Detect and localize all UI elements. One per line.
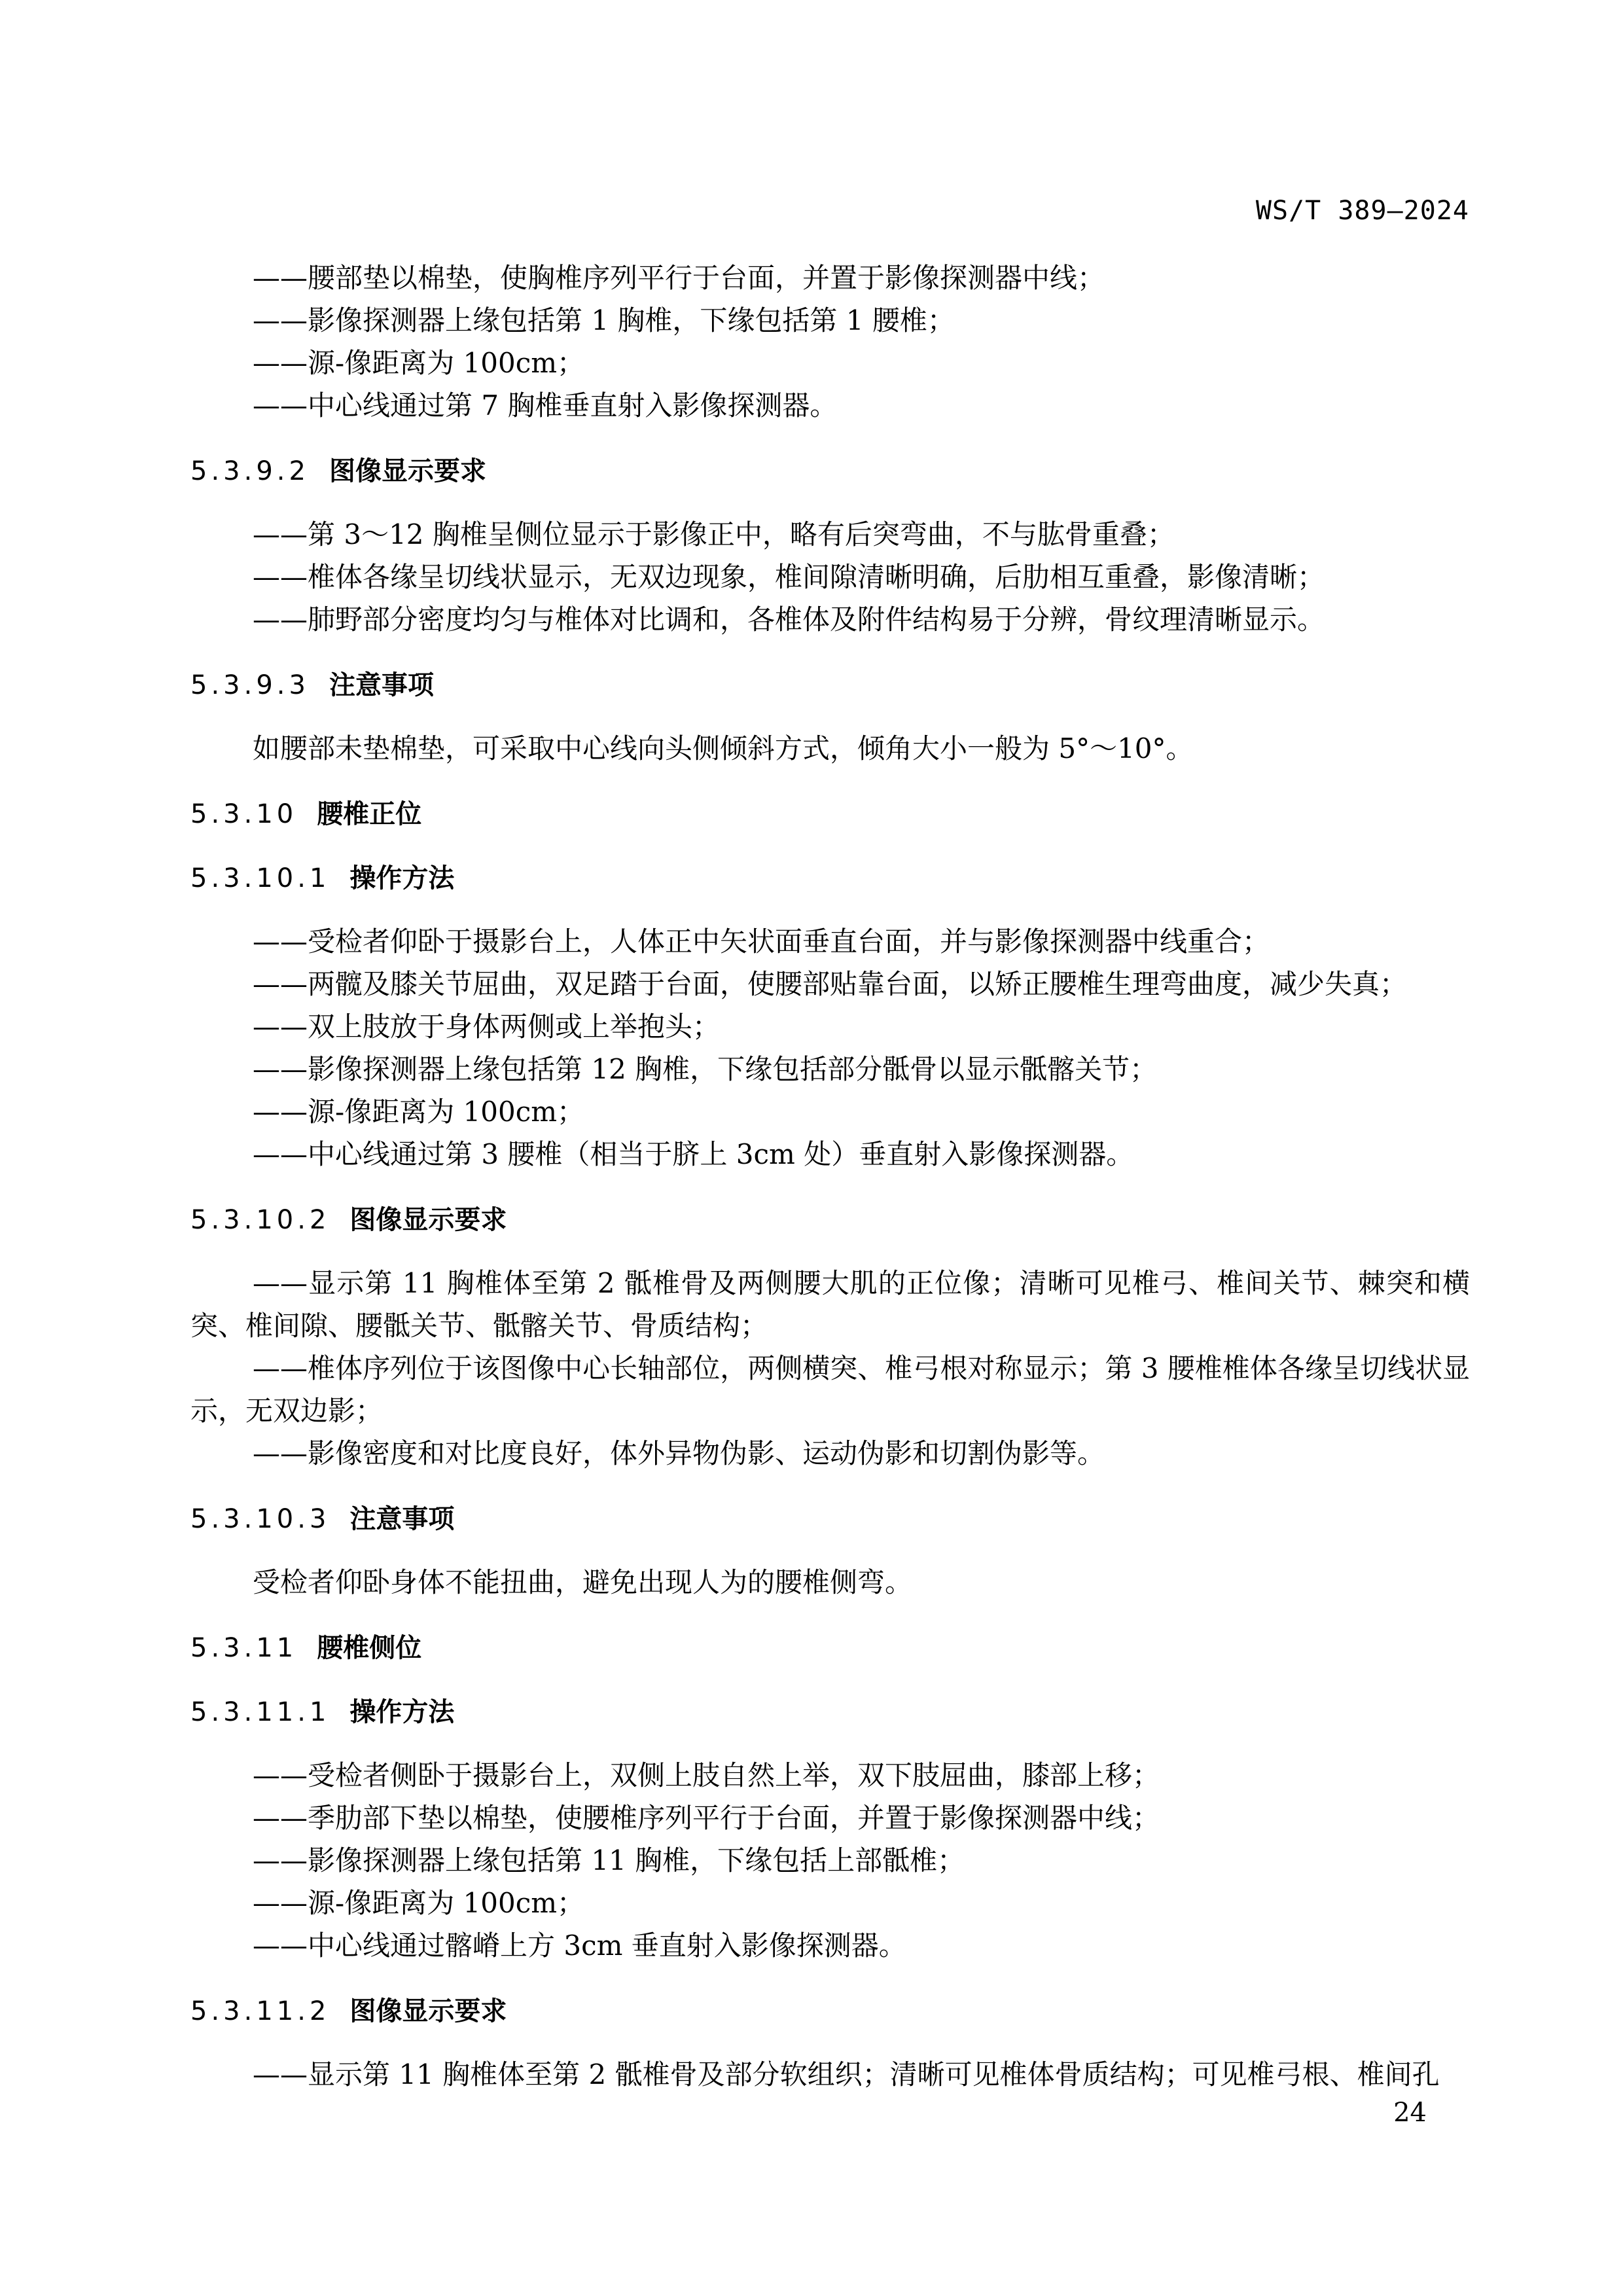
list-paragraph: ——显示第 11 胸椎体至第 2 骶椎骨及两侧腰大肌的正位像；清晰可见椎弓、椎间… xyxy=(190,1262,1470,1347)
list-item: ——腰部垫以棉垫，使胸椎序列平行于台面，并置于影像探测器中线； xyxy=(190,257,1470,299)
section-heading-5-3-10-2: 5.3.10.2图像显示要求 xyxy=(190,1200,1470,1240)
list-item: ——两髋及膝关节屈曲，双足踏于台面，使腰部贴靠台面，以矫正腰椎生理弯曲度，减少失… xyxy=(190,963,1470,1005)
section-number: 5.3.11.2 xyxy=(190,1992,330,2031)
image-requirements-list: ——显示第 11 胸椎体至第 2 骶椎骨及部分软组织；清晰可见椎体骨质结构；可见… xyxy=(190,2053,1470,2096)
section-heading-5-3-9-3: 5.3.9.3注意事项 xyxy=(190,666,1470,705)
section-number: 5.3.10.2 xyxy=(190,1200,330,1240)
list-paragraph: ——椎体序列位于该图像中心长轴部位，两侧横突、椎弓根对称显示；第 3 腰椎椎体各… xyxy=(190,1347,1470,1432)
section-title: 注意事项 xyxy=(349,1504,454,1534)
section-title: 操作方法 xyxy=(349,1697,454,1727)
list-item: ——显示第 11 胸椎体至第 2 骶椎骨及部分软组织；清晰可见椎体骨质结构；可见… xyxy=(190,2053,1470,2096)
list-item: ——中心线通过第 7 胸椎垂直射入影像探测器。 xyxy=(190,384,1470,427)
list-paragraph: ——影像密度和对比度良好，体外异物伪影、运动伪影和切割伪影等。 xyxy=(190,1432,1470,1475)
section-heading-5-3-10-3: 5.3.10.3注意事项 xyxy=(190,1499,1470,1539)
section-title: 操作方法 xyxy=(349,863,454,893)
operation-method-list: ——受检者仰卧于摄影台上，人体正中矢状面垂直台面，并与影像探测器中线重合； ——… xyxy=(190,920,1470,1175)
section-title: 注意事项 xyxy=(329,670,434,700)
section-heading-5-3-11-1: 5.3.11.1操作方法 xyxy=(190,1693,1470,1732)
operation-method-list: ——受检者侧卧于摄影台上，双侧上肢自然上举，双下肢屈曲，膝部上移； ——季肋部下… xyxy=(190,1754,1470,1967)
section-heading-5-3-10-1: 5.3.10.1操作方法 xyxy=(190,859,1470,898)
list-item: ——双上肢放于身体两侧或上举抱头； xyxy=(190,1005,1470,1048)
list-item: ——源-像距离为 100cm； xyxy=(190,1882,1470,1924)
section-heading-5-3-10: 5.3.10腰椎正位 xyxy=(190,795,1470,834)
list-item: ——源-像距离为 100cm； xyxy=(190,1090,1470,1133)
section-number: 5.3.10 xyxy=(190,795,297,834)
list-item: ——季肋部下垫以棉垫，使腰椎序列平行于台面，并置于影像探测器中线； xyxy=(190,1797,1470,1839)
section-heading-5-3-9-2: 5.3.9.2图像显示要求 xyxy=(190,452,1470,491)
section-title: 腰椎正位 xyxy=(317,799,421,829)
list-item: ——中心线通过髂嵴上方 3cm 垂直射入影像探测器。 xyxy=(190,1924,1470,1967)
section-number: 5.3.9.3 xyxy=(190,666,310,705)
notes-paragraph: 受检者仰卧身体不能扭曲，避免出现人为的腰椎侧弯。 xyxy=(190,1561,1470,1604)
document-body: ——腰部垫以棉垫，使胸椎序列平行于台面，并置于影像探测器中线； ——影像探测器上… xyxy=(190,257,1470,2096)
section-number: 5.3.10.1 xyxy=(190,859,330,898)
section-title: 图像显示要求 xyxy=(329,456,486,486)
list-item: ——肺野部分密度均匀与椎体对比调和，各椎体及附件结构易于分辨，骨纹理清晰显示。 xyxy=(190,598,1470,641)
list-item: ——影像探测器上缘包括第 1 胸椎，下缘包括第 1 腰椎； xyxy=(190,299,1470,342)
section-number: 5.3.9.2 xyxy=(190,452,310,491)
list-item: ——中心线通过第 3 腰椎（相当于脐上 3cm 处）垂直射入影像探测器。 xyxy=(190,1133,1470,1175)
section-heading-5-3-11: 5.3.11腰椎侧位 xyxy=(190,1628,1470,1668)
image-requirements-paragraphs: ——显示第 11 胸椎体至第 2 骶椎骨及两侧腰大肌的正位像；清晰可见椎弓、椎间… xyxy=(190,1262,1470,1475)
section-number: 5.3.11.1 xyxy=(190,1693,330,1732)
page-number: 24 xyxy=(1393,2093,1427,2132)
section-title: 图像显示要求 xyxy=(349,1996,507,2026)
list-item: ——第 3～12 胸椎呈侧位显示于影像正中，略有后突弯曲，不与肱骨重叠； xyxy=(190,513,1470,556)
list-item: ——源-像距离为 100cm； xyxy=(190,342,1470,384)
list-item: ——影像探测器上缘包括第 11 胸椎，下缘包括上部骶椎； xyxy=(190,1839,1470,1882)
list-item: ——影像探测器上缘包括第 12 胸椎，下缘包括部分骶骨以显示骶髂关节； xyxy=(190,1048,1470,1090)
section-title: 腰椎侧位 xyxy=(317,1633,421,1663)
continued-list: ——腰部垫以棉垫，使胸椎序列平行于台面，并置于影像探测器中线； ——影像探测器上… xyxy=(190,257,1470,427)
list-item: ——受检者仰卧于摄影台上，人体正中矢状面垂直台面，并与影像探测器中线重合； xyxy=(190,920,1470,963)
list-item: ——受检者侧卧于摄影台上，双侧上肢自然上举，双下肢屈曲，膝部上移； xyxy=(190,1754,1470,1797)
section-title: 图像显示要求 xyxy=(349,1205,507,1235)
image-requirements-list: ——第 3～12 胸椎呈侧位显示于影像正中，略有后突弯曲，不与肱骨重叠； ——椎… xyxy=(190,513,1470,641)
document-code-header: WS/T 389—2024 xyxy=(1256,191,1469,230)
list-item: ——椎体各缘呈切线状显示，无双边现象，椎间隙清晰明确，后肋相互重叠，影像清晰； xyxy=(190,556,1470,598)
section-number: 5.3.11 xyxy=(190,1628,297,1668)
section-number: 5.3.10.3 xyxy=(190,1499,330,1539)
notes-paragraph: 如腰部未垫棉垫，可采取中心线向头侧倾斜方式，倾角大小一般为 5°～10°。 xyxy=(190,727,1470,770)
section-heading-5-3-11-2: 5.3.11.2图像显示要求 xyxy=(190,1992,1470,2031)
